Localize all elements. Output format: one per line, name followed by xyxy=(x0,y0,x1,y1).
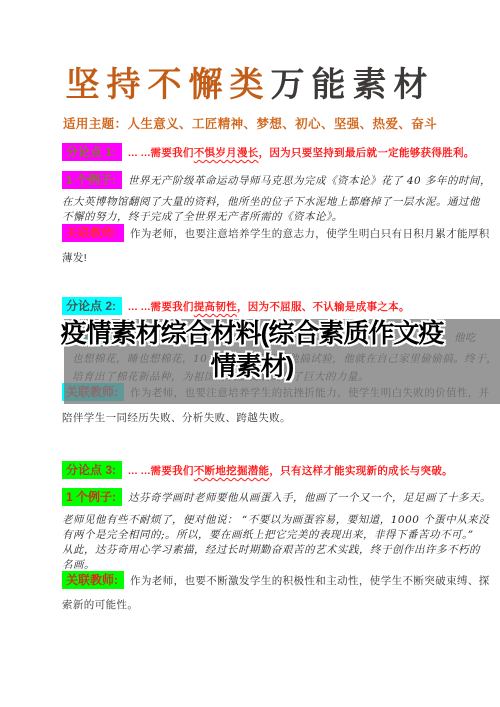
example1-line2: 在大英博物馆翻阅了大量的资料，他所坐的位子下水泥地上都磨掉了一层水泥。通过他 xyxy=(62,194,480,210)
point3-prefix: ... ...需要我们 xyxy=(128,465,194,477)
point3-wavy-phrase: 不断地挖掘潜能 xyxy=(194,465,270,477)
page-title-highlight: 坚持不懈类 xyxy=(66,66,271,104)
point1-wavy-phrase: 不惧岁月漫长 xyxy=(194,147,259,159)
watermark-title-line1: 疫情素材综合材料(综合素质作文疫 xyxy=(56,317,448,350)
point2-suffix: ，因为不屈服、不认输是成事之本。 xyxy=(237,301,410,313)
page-title-rest: 万能素材 xyxy=(271,66,435,104)
point2-wavy-phrase: 提高韧性 xyxy=(194,301,237,313)
point3-text: ... ...需要我们不断地挖掘潜能，只有这样才能实现新的成长与突破。 xyxy=(128,465,453,477)
document-page: 坚持不懈类万能素材 适用主题：人生意义、工匠精神、梦想、初心、坚强、热爱、奋斗 … xyxy=(0,0,500,707)
example1-label: 1 个例子: xyxy=(62,171,122,189)
example1-line1: 世界无产阶级革命运动导师马克思为完成《资本论》花了 40 多年的时间， xyxy=(128,175,491,187)
example3-line4: 从此，达芬奇用心学习素描，经过长时期勤奋艰苦的艺术实践，终于创作出许多不朽的 xyxy=(62,542,480,558)
page-title: 坚持不懈类万能素材 xyxy=(0,66,500,104)
teacher1-line1: 作为老师，也要注意培养学生的意志力，使学生明白只有日积月累才能厚积 xyxy=(130,228,490,240)
point1-suffix: ，因为只要坚持到最后就一定能够获得胜利。 xyxy=(259,147,475,159)
point1-prefix: ... ...需要我们 xyxy=(128,147,194,159)
point2-text: ... ...需要我们提高韧性，因为不屈服、不认输是成事之本。 xyxy=(128,301,410,313)
section1-teacher-row: 关联教师:作为老师，也要注意培养学生的意志力，使学生明白只有日积月累才能厚积 xyxy=(62,224,490,242)
point1-text: ... ...需要我们不惧岁月漫长，因为只要坚持到最后就一定能够获得胜利。 xyxy=(128,147,475,159)
example3-line3: 有两个是完全相同的;。所以，要在画纸上把它完美的表现出来，非得下番苦功不可。” xyxy=(62,527,474,543)
section3-teacher-row: 关联教师:作为老师，也要不断激发学生的积极性和主动性，使学生不断突破束缚、探 xyxy=(62,571,490,589)
teacher3-line1: 作为老师，也要不断激发学生的积极性和主动性，使学生不断突破束缚、探 xyxy=(130,575,490,587)
section2-point-row: 分论点 2:... ...需要我们提高韧性，因为不屈服、不认输是成事之本。 xyxy=(62,297,410,316)
teacher3-label: 关联教师: xyxy=(62,571,124,589)
section3-point-row: 分论点 3:... ...需要我们不断地挖掘潜能，只有这样才能实现新的成长与突破… xyxy=(62,461,453,480)
point3-label: 分论点 3: xyxy=(62,461,122,479)
watermark-title: 疫情素材综合材料(综合素质作文疫 情素材) xyxy=(56,317,448,383)
section1-example-row: 1 个例子:世界无产阶级革命运动导师马克思为完成《资本论》花了 40 多年的时间… xyxy=(62,171,491,189)
watermark-title-line2: 情素材) xyxy=(56,350,448,383)
teacher2-line2: 陪伴学生一同经历失败、分析失败、跨越失败。 xyxy=(62,410,291,426)
point2-label: 分论点 2: xyxy=(62,297,122,315)
example3-line1: 达芬奇学画时老师要他从画蛋入手，他画了一个又一个，足足画了十多天。 xyxy=(128,492,491,504)
applicable-topics-line: 适用主题：人生意义、工匠精神、梦想、初心、坚强、热爱、奋斗 xyxy=(0,114,500,132)
point3-suffix: ，只有这样才能实现新的成长与突破。 xyxy=(269,465,453,477)
example3-line2: 老师见他有些不耐烦了，便对他说： “不要以为画蛋容易，要知道，1000 个蛋中从… xyxy=(62,512,489,528)
section3-example-row: 1 个例子:达芬奇学画时老师要他从画蛋入手，他画了一个又一个，足足画了十多天。 xyxy=(62,488,491,506)
point2-prefix: ... ...需要我们 xyxy=(128,301,194,313)
teacher1-line2: 薄发! xyxy=(62,250,87,266)
teacher3-line2: 索新的可能性。 xyxy=(62,597,138,613)
section1-point-row: 分论点 1:... ...需要我们不惧岁月漫长，因为只要坚持到最后就一定能够获得… xyxy=(62,143,475,162)
example3-label: 1 个例子: xyxy=(62,488,122,506)
example1-line3: 不懈的努力，终于完成了全世界无产者所需的《资本论》。 xyxy=(62,209,343,225)
teacher1-label: 关联教师: xyxy=(62,224,124,242)
point1-label: 分论点 1: xyxy=(62,143,122,161)
